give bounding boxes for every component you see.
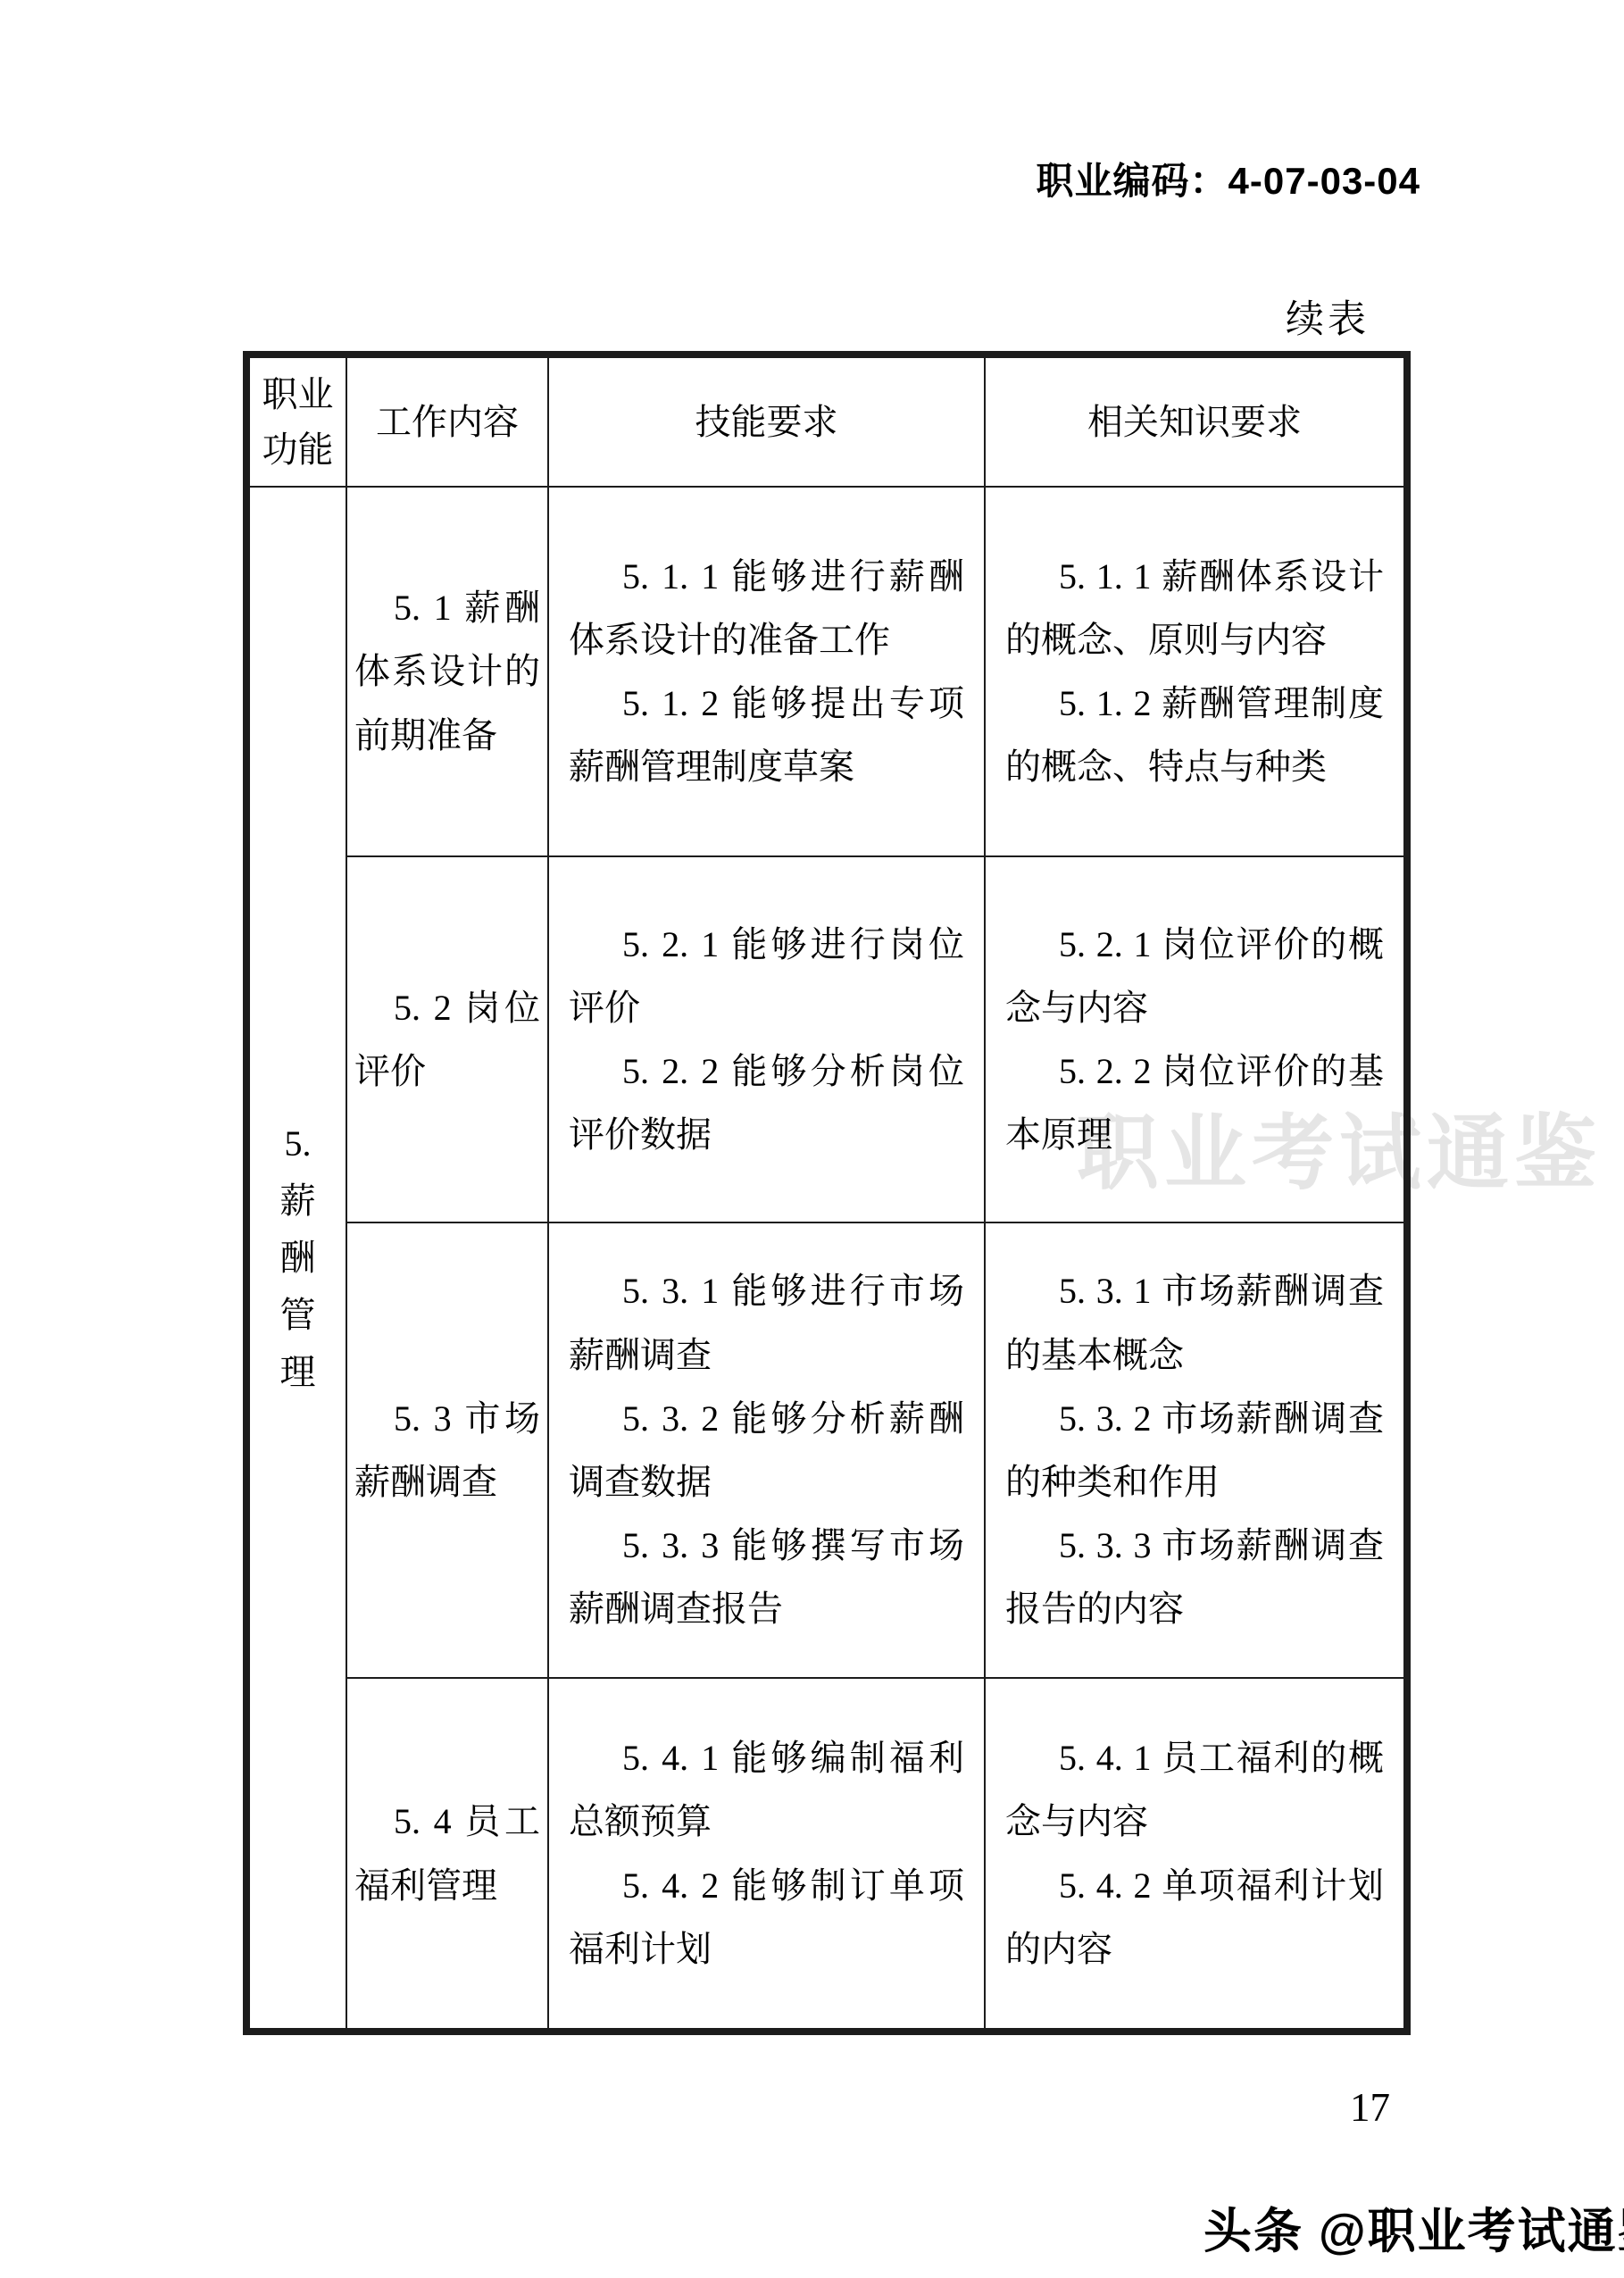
footer-brand: 头条 @职业考试通鉴 xyxy=(1203,2193,1624,2262)
function-number: 5. xyxy=(250,1115,346,1172)
paragraph: 5. 4. 2 单项福利计划的内容 xyxy=(1005,1854,1384,1981)
function-name: 薪酬管理 xyxy=(279,1172,317,1401)
table-row: 5. 薪酬管理 5. 1 薪酬体系设计的前期准备 5. 1. 1 能够进行薪酬体… xyxy=(246,487,1407,856)
paragraph: 5. 1. 2 薪酬管理制度的概念、特点与种类 xyxy=(1005,672,1384,798)
paragraph: 5. 3. 1 能够进行市场薪酬调查 xyxy=(569,1259,964,1386)
knowledge-cell: 5. 4. 1 员工福利的概念与内容5. 4. 2 单项福利计划的内容 xyxy=(985,1678,1407,2032)
paragraph: 5. 3. 2 市场薪酬调查的种类和作用 xyxy=(1005,1387,1384,1514)
continued-table-label: 续表 xyxy=(1286,289,1370,344)
paragraph: 5. 2. 1 能够进行岗位评价 xyxy=(569,913,964,1039)
paragraph: 5. 1. 1 薪酬体系设计的概念、原则与内容 xyxy=(1005,545,1384,672)
occupation-code: 职业编码：4-07-03-04 xyxy=(1037,152,1420,205)
work-content-text: 5. 2 岗位评价 xyxy=(354,976,540,1103)
work-content-text: 5. 1 薪酬体系设计的前期准备 xyxy=(354,576,540,767)
page-number: 17 xyxy=(1350,2084,1390,2131)
table-row: 5. 4 员工福利管理 5. 4. 1 能够编制福利总额预算5. 4. 2 能够… xyxy=(246,1678,1407,2032)
paragraph: 5. 3. 3 能够撰写市场薪酬调查报告 xyxy=(569,1514,964,1640)
paragraph: 5. 4. 1 员工福利的概念与内容 xyxy=(1005,1726,1384,1853)
table-header-row: 职业功能 工作内容 技能要求 相关知识要求 xyxy=(246,355,1407,487)
work-content-cell: 5. 4 员工福利管理 xyxy=(346,1678,548,2032)
work-content-cell: 5. 2 岗位评价 xyxy=(346,856,548,1222)
function-group-cell: 5. 薪酬管理 xyxy=(246,487,346,2032)
col-header-work-content: 工作内容 xyxy=(346,355,548,487)
paragraph: 5. 1. 2 能够提出专项薪酬管理制度草案 xyxy=(569,672,964,798)
paragraph: 5. 3. 3 市场薪酬调查报告的内容 xyxy=(1005,1514,1384,1640)
paragraph: 5. 1. 1 能够进行薪酬体系设计的准备工作 xyxy=(569,545,964,672)
table-row: 5. 2 岗位评价 5. 2. 1 能够进行岗位评价5. 2. 2 能够分析岗位… xyxy=(246,856,1407,1222)
occupational-standard-table: 职业功能 工作内容 技能要求 相关知识要求 5. 薪酬管理 5. 1 薪酬体系设… xyxy=(243,351,1411,2035)
work-content-text: 5. 4 员工福利管理 xyxy=(354,1790,540,1916)
document-page: 职业编码：4-07-03-04 续表 职业考试通鉴 职业功能 工作内容 技能要求… xyxy=(0,0,1624,2278)
table-row: 5. 3 市场薪酬调查 5. 3. 1 能够进行市场薪酬调查5. 3. 2 能够… xyxy=(246,1222,1407,1678)
knowledge-cell: 5. 2. 1 岗位评价的概念与内容5. 2. 2 岗位评价的基本原理 xyxy=(985,856,1407,1222)
col-header-knowledge-requirements: 相关知识要求 xyxy=(985,355,1407,487)
paragraph: 5. 4. 1 能够编制福利总额预算 xyxy=(569,1726,964,1853)
work-content-cell: 5. 3 市场薪酬调查 xyxy=(346,1222,548,1678)
paragraph: 5. 2. 2 岗位评价的基本原理 xyxy=(1005,1039,1384,1166)
skills-cell: 5. 3. 1 能够进行市场薪酬调查5. 3. 2 能够分析薪酬调查数据5. 3… xyxy=(548,1222,985,1678)
skills-cell: 5. 2. 1 能够进行岗位评价5. 2. 2 能够分析岗位评价数据 xyxy=(548,856,985,1222)
skills-cell: 5. 4. 1 能够编制福利总额预算5. 4. 2 能够制订单项福利计划 xyxy=(548,1678,985,2032)
paragraph: 5. 2. 2 能够分析岗位评价数据 xyxy=(569,1039,964,1166)
knowledge-cell: 5. 3. 1 市场薪酬调查的基本概念5. 3. 2 市场薪酬调查的种类和作用5… xyxy=(985,1222,1407,1678)
skills-cell: 5. 1. 1 能够进行薪酬体系设计的准备工作5. 1. 2 能够提出专项薪酬管… xyxy=(548,487,985,856)
paragraph: 5. 4. 2 能够制订单项福利计划 xyxy=(569,1854,964,1981)
col-header-function: 职业功能 xyxy=(246,355,346,487)
knowledge-cell: 5. 1. 1 薪酬体系设计的概念、原则与内容5. 1. 2 薪酬管理制度的概念… xyxy=(985,487,1407,856)
paragraph: 5. 3. 1 市场薪酬调查的基本概念 xyxy=(1005,1259,1384,1386)
col-header-skill-requirements: 技能要求 xyxy=(548,355,985,487)
paragraph: 5. 3. 2 能够分析薪酬调查数据 xyxy=(569,1387,964,1514)
work-content-cell: 5. 1 薪酬体系设计的前期准备 xyxy=(346,487,548,856)
work-content-text: 5. 3 市场薪酬调查 xyxy=(354,1387,540,1514)
paragraph: 5. 2. 1 岗位评价的概念与内容 xyxy=(1005,913,1384,1039)
